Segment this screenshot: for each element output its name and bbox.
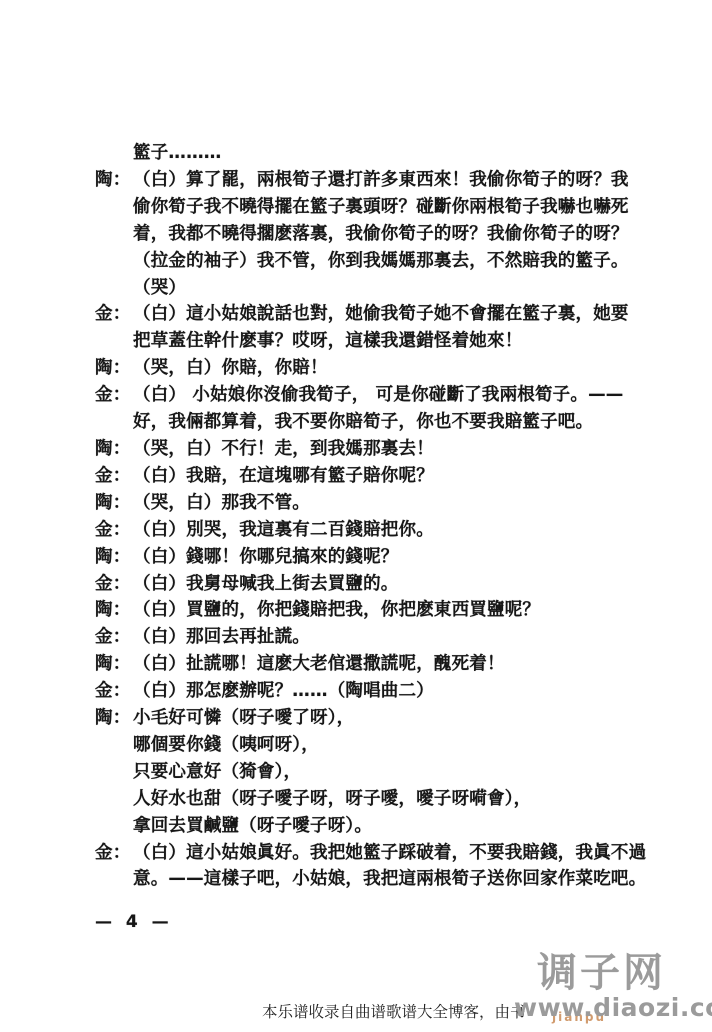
- speaker-label: 金：: [95, 301, 133, 328]
- script-text-block: 籃子………陶：（白）算了罷，兩根筍子還打許多東西來！我偷你筍子的呀？我偷你筍子我…: [95, 140, 643, 893]
- script-line: 金：（白）我賠，在這塊哪有籃子賠你呢？: [95, 463, 643, 490]
- speaker-label: 陶：: [95, 436, 133, 463]
- speaker-label: 金：: [95, 571, 133, 598]
- speaker-label: 陶：: [95, 355, 133, 382]
- script-line: 拿回去買鹹鹽（呀子噯子呀）。: [95, 813, 643, 840]
- speaker-label: 金：: [95, 517, 133, 544]
- script-line: 籃子………: [95, 140, 643, 167]
- dialogue-text: （白）那怎麽辦呢？……（陶唱曲二）: [133, 678, 643, 705]
- dialogue-text: （白）錢哪！你哪兒搞來的錢呢？: [133, 544, 643, 571]
- dialogue-text: 偷你筍子我不曉得擺在籃子裏頭呀？碰斷你兩根筍子我嚇也嚇死: [133, 194, 643, 221]
- speaker-label: 金：: [95, 840, 133, 867]
- speaker-label: 金：: [95, 624, 133, 651]
- dialogue-text: （拉金的袖子）我不管，你到我媽媽那裏去，不然賠我的籃子。: [133, 248, 643, 275]
- footer-attribution-note: 本乐谱收录自曲谱歌谱大全博客，由书: [262, 1000, 526, 1022]
- script-line: 陶：（哭，白）你賠，你賠！: [95, 355, 643, 382]
- speaker-label: 金：: [95, 382, 133, 409]
- speaker-label: 陶：: [95, 651, 133, 678]
- dialogue-text: （哭，白）不行！走，到我媽那裏去！: [133, 436, 643, 463]
- script-line: 把草蓋住幹什麽事？哎呀，這樣我還錯怪着她來！: [95, 328, 643, 355]
- script-line: 金：（白）那回去再扯謊。: [95, 624, 643, 651]
- dialogue-text: 小毛好可憐（呀子噯了呀），: [133, 705, 643, 732]
- script-line: 只要心意好（猗會），: [95, 759, 643, 786]
- script-line: 陶：（白）錢哪！你哪兒搞來的錢呢？: [95, 544, 643, 571]
- dialogue-text: （白）這小姑娘眞好。我把她籃子踩破着，不要我賠錢，我眞不過: [133, 840, 646, 867]
- dialogue-text: （哭，白）那我不管。: [133, 490, 643, 517]
- script-line: 陶：小毛好可憐（呀子噯了呀），: [95, 705, 643, 732]
- dialogue-text: 籃子………: [133, 140, 643, 167]
- dialogue-text: 好，我倆都算着，我不要你賠筍子，你也不要我賠籃子吧。: [133, 409, 643, 436]
- script-line: 偷你筍子我不曉得擺在籃子裏頭呀？碰斷你兩根筍子我嚇也嚇死: [95, 194, 643, 221]
- dialogue-text: （白）我舅母喊我上街去買鹽的。: [133, 571, 643, 598]
- script-line: 人好水也甜（呀子噯子呀，呀子噯，噯子呀嗬會），: [95, 786, 643, 813]
- speaker-label: 陶：: [95, 544, 133, 571]
- dialogue-text: （白）我賠，在這塊哪有籃子賠你呢？: [133, 463, 643, 490]
- dialogue-text: 着，我都不曉得擱麽落裏，我偷你筍子的呀？我偷你筍子的呀？: [133, 221, 643, 248]
- script-line: 陶：（哭，白）那我不管。: [95, 490, 643, 517]
- script-line: （哭）: [95, 275, 643, 302]
- speaker-label: 金：: [95, 463, 133, 490]
- dialogue-text: 把草蓋住幹什麽事？哎呀，這樣我還錯怪着她來！: [133, 328, 643, 355]
- dialogue-text: （白）算了罷，兩根筍子還打許多東西來！我偷你筍子的呀？我: [133, 167, 643, 194]
- dialogue-text: （哭）: [133, 275, 643, 302]
- speaker-label: 陶：: [95, 597, 133, 624]
- speaker-label: 陶：: [95, 705, 133, 732]
- script-line: 金：（白）那怎麽辦呢？……（陶唱曲二）: [95, 678, 643, 705]
- dialogue-text: 只要心意好（猗會），: [133, 759, 643, 786]
- dialogue-text: （白）別哭，我這裏有二百錢賠把你。: [133, 517, 643, 544]
- script-line: 好，我倆都算着，我不要你賠筍子，你也不要我賠籃子吧。: [95, 409, 643, 436]
- script-line: 金：（白）別哭，我這裏有二百錢賠把你。: [95, 517, 643, 544]
- speaker-label: 陶：: [95, 167, 133, 194]
- speaker-label: 金：: [95, 678, 133, 705]
- script-line: 金：（白）這小姑娘眞好。我把她籃子踩破着，不要我賠錢，我眞不過: [95, 840, 643, 867]
- watermark-site-name: 调子网: [537, 941, 666, 998]
- script-line: 着，我都不曉得擱麽落裏，我偷你筍子的呀？我偷你筍子的呀？: [95, 221, 643, 248]
- dialogue-text: （哭，白）你賠，你賠！: [133, 355, 643, 382]
- script-line: 金：（白）我舅母喊我上街去買鹽的。: [95, 571, 643, 598]
- script-line: 陶：（白）買鹽的，你把錢賠把我，你把麽東西買鹽呢？: [95, 597, 643, 624]
- dialogue-text: 意。——這樣子吧，小姑娘，我把這兩根筍子送你回家作菜吃吧。: [133, 866, 646, 893]
- script-line: 陶：（哭，白）不行！走，到我媽那裏去！: [95, 436, 643, 463]
- script-line: 金：（白） 小姑娘你沒偷我筍子， 可是你碰斷了我兩根筍子。——: [95, 382, 643, 409]
- script-line: 金：（白）這小姑娘說話也對，她偷我筍子她不會擺在籃子裏，她要: [95, 301, 643, 328]
- dialogue-text: （白）扯謊哪！這麽大老倌還撒謊呢，醜死着！: [133, 651, 643, 678]
- script-line: 陶：（白）扯謊哪！這麽大老倌還撒謊呢，醜死着！: [95, 651, 643, 678]
- scanned-script-page: 籃子………陶：（白）算了罷，兩根筍子還打許多東西來！我偷你筍子的呀？我偷你筍子我…: [0, 0, 712, 1032]
- dialogue-text: （白） 小姑娘你沒偷我筍子， 可是你碰斷了我兩根筍子。——: [133, 382, 643, 409]
- dialogue-text: （白）那回去再扯謊。: [133, 624, 643, 651]
- dialogue-text: 拿回去買鹹鹽（呀子噯子呀）。: [133, 813, 643, 840]
- watermark-url: www.diaozi.com: [514, 993, 712, 1022]
- page-number: — 4 —: [95, 912, 173, 932]
- script-line: （拉金的袖子）我不管，你到我媽媽那裏去，不然賠我的籃子。: [95, 248, 643, 275]
- dialogue-text: （白）買鹽的，你把錢賠把我，你把麽東西買鹽呢？: [133, 597, 643, 624]
- dialogue-text: （白）這小姑娘說話也對，她偷我筍子她不會擺在籃子裏，她要: [133, 301, 643, 328]
- script-line: 意。——這樣子吧，小姑娘，我把這兩根筍子送你回家作菜吃吧。: [95, 866, 643, 893]
- script-line: 陶：（白）算了罷，兩根筍子還打許多東西來！我偷你筍子的呀？我: [95, 167, 643, 194]
- dialogue-text: 人好水也甜（呀子噯子呀，呀子噯，噯子呀嗬會），: [133, 786, 643, 813]
- dialogue-text: 哪個要你錢（咦呵呀），: [133, 732, 643, 759]
- speaker-label: 陶：: [95, 490, 133, 517]
- script-line: 哪個要你錢（咦呵呀），: [95, 732, 643, 759]
